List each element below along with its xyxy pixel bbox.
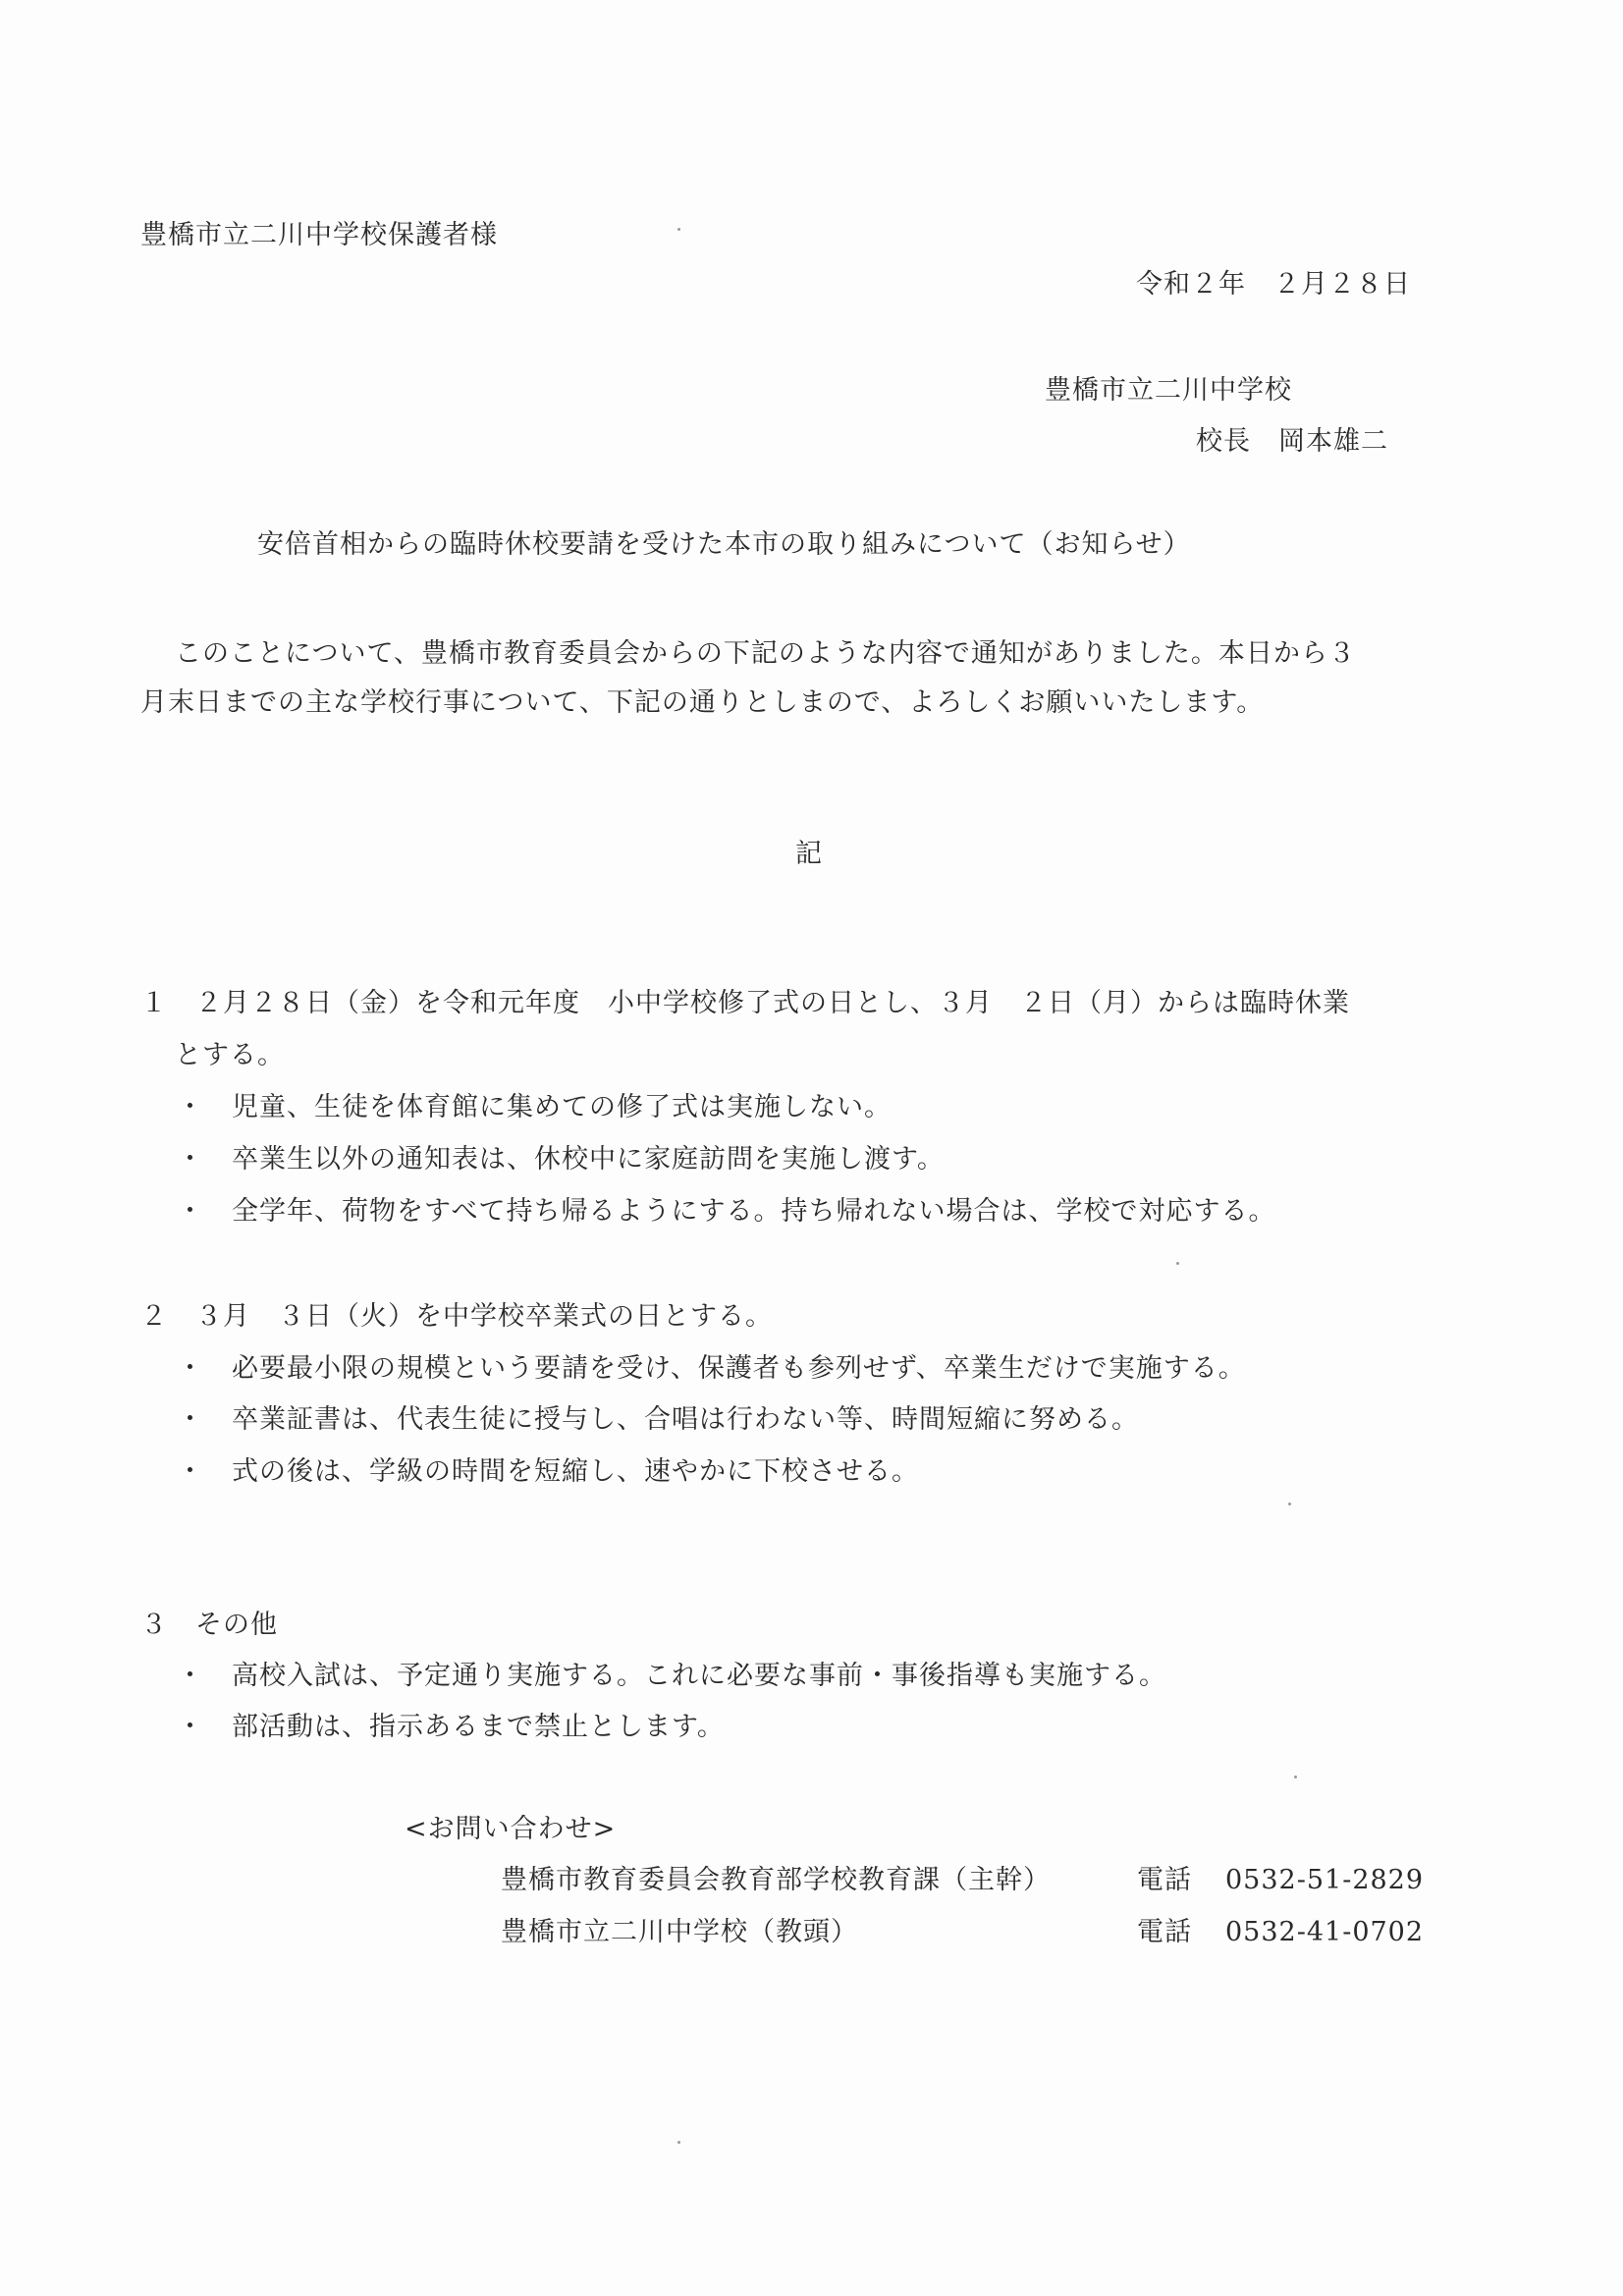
sender-principal: 校長 岡本雄二	[1196, 424, 1388, 460]
document-page: 豊橋市立二川中学校保護者様 令和２年 ２月２８日 豊橋市立二川中学校 校長 岡本…	[0, 0, 1623, 2296]
contact-phone: 0532-41-0702	[1225, 1915, 1424, 1950]
section-1-heading-cont: とする。	[175, 1038, 285, 1073]
contact-heading: <お問い合わせ>	[405, 1812, 616, 1847]
contact-phone-label: 電話	[1137, 1915, 1192, 1950]
scan-speck	[1294, 1776, 1297, 1778]
section-2-bullet: ・ 必要最小限の規模という要請を受け、保護者も参列せず、卒業生だけで実施する。	[177, 1351, 1246, 1387]
section-2-bullet: ・ 卒業証書は、代表生徒に授与し、合唱は行わない等、時間短縮に努める。	[177, 1402, 1139, 1438]
addressee: 豊橋市立二川中学校保護者様	[140, 218, 498, 253]
section-2-bullet: ・ 式の後は、学級の時間を短縮し、速やかに下校させる。	[177, 1454, 919, 1490]
sender-school: 豊橋市立二川中学校	[1045, 373, 1292, 409]
document-date: 令和２年 ２月２８日	[1136, 267, 1411, 302]
intro-line-1: このことについて、豊橋市教育委員会からの下記のような内容で通知がありました。本日…	[175, 636, 1356, 672]
scan-speck	[1176, 1262, 1179, 1265]
scan-speck	[1288, 1503, 1291, 1505]
contact-phone: 0532-51-2829	[1225, 1863, 1424, 1898]
scan-speck	[677, 2141, 680, 2144]
section-3-heading: ３ その他	[140, 1608, 278, 1643]
contact-org: 豊橋市教育委員会教育部学校教育課（主幹）	[501, 1863, 1051, 1898]
section-1-bullet: ・ 卒業生以外の通知表は、休校中に家庭訪問を実施し渡す。	[177, 1142, 945, 1177]
section-1-bullet: ・ 全学年、荷物をすべて持ち帰るようにする。持ち帰れない場合は、学校で対応する。	[177, 1194, 1275, 1230]
document-title: 安倍首相からの臨時休校要請を受けた本市の取り組みについて（お知らせ）	[257, 527, 1191, 563]
section-1-bullet: ・ 児童、生徒を体育館に集めての修了式は実施しない。	[177, 1090, 892, 1125]
section-2-heading: ２ ３月 ３日（火）を中学校卒業式の日とする。	[140, 1299, 773, 1335]
ki-marker: 記	[795, 837, 823, 872]
scan-speck	[677, 228, 680, 231]
section-1-heading: １ ２月２８日（金）を令和元年度 小中学校修了式の日とし、３月 ２日（月）からは…	[140, 986, 1350, 1021]
intro-line-2: 月末日までの主な学校行事について、下記の通りとしまので、よろしくお願いいたします…	[140, 685, 1264, 721]
contact-phone-label: 電話	[1137, 1863, 1192, 1898]
section-3-bullet: ・ 高校入試は、予定通り実施する。これに必要な事前・事後指導も実施する。	[177, 1659, 1166, 1694]
contact-org: 豊橋市立二川中学校（教頭）	[501, 1915, 858, 1950]
section-3-bullet: ・ 部活動は、指示あるまで禁止とします。	[177, 1710, 725, 1745]
